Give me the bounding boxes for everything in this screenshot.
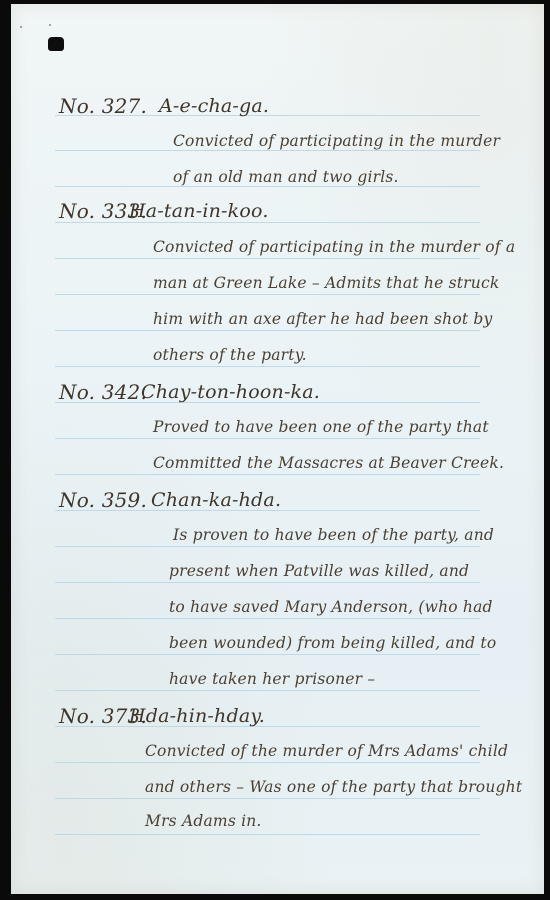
paper-speck (20, 26, 22, 28)
entry-text-line: been wounded) from being killed, and to (169, 634, 496, 652)
ruled-line (55, 186, 480, 187)
entry-text-line: and others – Was one of the party that b… (145, 778, 522, 796)
punch-hole (48, 37, 64, 51)
ruled-line (55, 258, 480, 259)
entry-text-line: Is proven to have been of the party, and (173, 526, 494, 544)
entry-name: Chay-ton-hoon-ka. (141, 381, 320, 403)
entry-name: Ha-tan-in-koo. (129, 200, 269, 222)
entry-number: No. 359. (59, 488, 147, 512)
paper-speck (49, 24, 51, 26)
entry-number: No. 342. (59, 380, 147, 404)
entry-number: No. 327. (59, 94, 147, 118)
ruled-line (55, 762, 480, 763)
ruled-line (55, 618, 480, 619)
document-page: No. 327. A-e-cha-ga. Convicted of partic… (11, 4, 544, 894)
entry-text-line: Convicted of participating in the murder (173, 132, 500, 150)
entry-text-line: him with an axe after he had been shot b… (153, 310, 493, 328)
entry-text-line: Mrs Adams in. (145, 812, 262, 830)
entry-name: A-e-cha-ga. (159, 95, 269, 117)
entry-text-line: to have saved Mary Anderson, (who had (169, 598, 493, 616)
ruled-line (55, 654, 480, 655)
entry-text-line: of an old man and two girls. (173, 168, 399, 186)
entry-name: Chan-ka-hda. (151, 489, 281, 511)
ruled-line (55, 150, 480, 151)
ruled-line (55, 366, 480, 367)
entry-text-line: Convicted of the murder of Mrs Adams' ch… (145, 742, 508, 760)
entry-text-line: present when Patville was killed, and (169, 562, 469, 580)
entry-text-line: Convicted of participating in the murder… (153, 238, 515, 256)
ruled-line (55, 798, 480, 799)
ruled-line (55, 474, 480, 475)
ruled-line (55, 834, 480, 835)
ruled-line (55, 330, 480, 331)
ruled-line (55, 438, 480, 439)
ruled-line (55, 690, 480, 691)
ruled-line (55, 582, 480, 583)
entry-text-line: man at Green Lake – Admits that he struc… (153, 274, 499, 292)
entry-text-line: Proved to have been one of the party tha… (153, 418, 489, 436)
ruled-line (55, 294, 480, 295)
entry-text-line: have taken her prisoner – (169, 670, 375, 688)
entry-text-line: Committed the Massacres at Beaver Creek. (153, 454, 504, 472)
entry-name: Hda-hin-hday. (129, 705, 265, 727)
ruled-line (55, 546, 480, 547)
entry-text-line: others of the party. (153, 346, 307, 364)
